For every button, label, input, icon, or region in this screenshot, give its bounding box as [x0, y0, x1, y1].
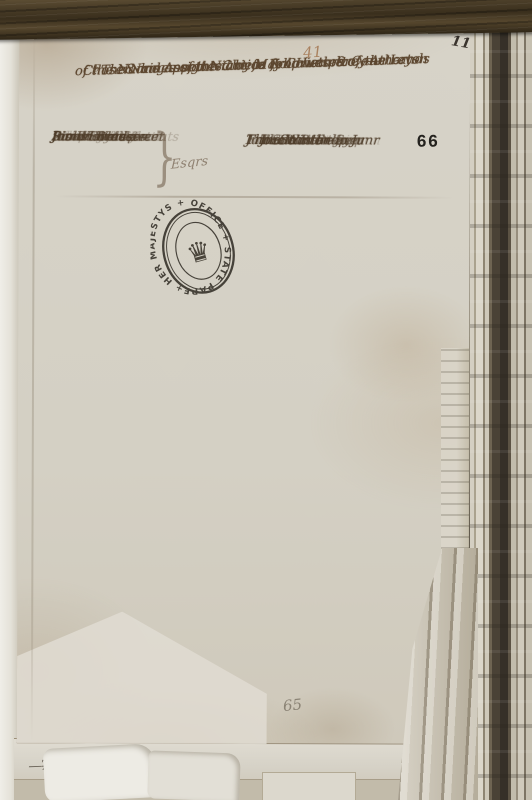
state-paper-office-stamp-icon: + HER MAJESTYS + OFFICE + STATE PAPER ♛ — [150, 196, 246, 306]
paper-repair-patch — [17, 611, 267, 744]
curled-page-corner — [147, 750, 241, 800]
stamped-page-number: 66 — [417, 132, 440, 152]
grouping-brace: } — [153, 120, 177, 193]
esquires-label: Esqrs — [171, 154, 209, 173]
pencil-page-number-bottom: 65 — [282, 695, 303, 715]
page-edge-texture — [470, 0, 532, 800]
horizontal-crease — [55, 195, 455, 198]
handwritten-name: Rich: Lord —— — [51, 129, 148, 144]
manuscript-page: 5 41 11 66 The Names of the Chiefe Propr… — [17, 29, 471, 745]
handwritten-name: Jno Scott —— — [245, 132, 337, 149]
crown-icon: ♛ — [183, 235, 215, 271]
ink-folio-mark: 11 — [450, 33, 472, 52]
title-line: & his Assignes are as followeth &c —— — [125, 53, 385, 78]
stacked-page-edges — [470, 0, 532, 800]
protruding-page-edge — [262, 772, 356, 800]
manuscript-photo: #77After this——— 5 41 11 66 The Names of… — [0, 0, 532, 800]
document-title: The Names of the Chiefe Proprietors of t… — [67, 52, 439, 65]
adjacent-page-edge-writing — [441, 348, 469, 580]
curled-page-corner — [43, 743, 158, 800]
margin-crease — [31, 29, 35, 742]
